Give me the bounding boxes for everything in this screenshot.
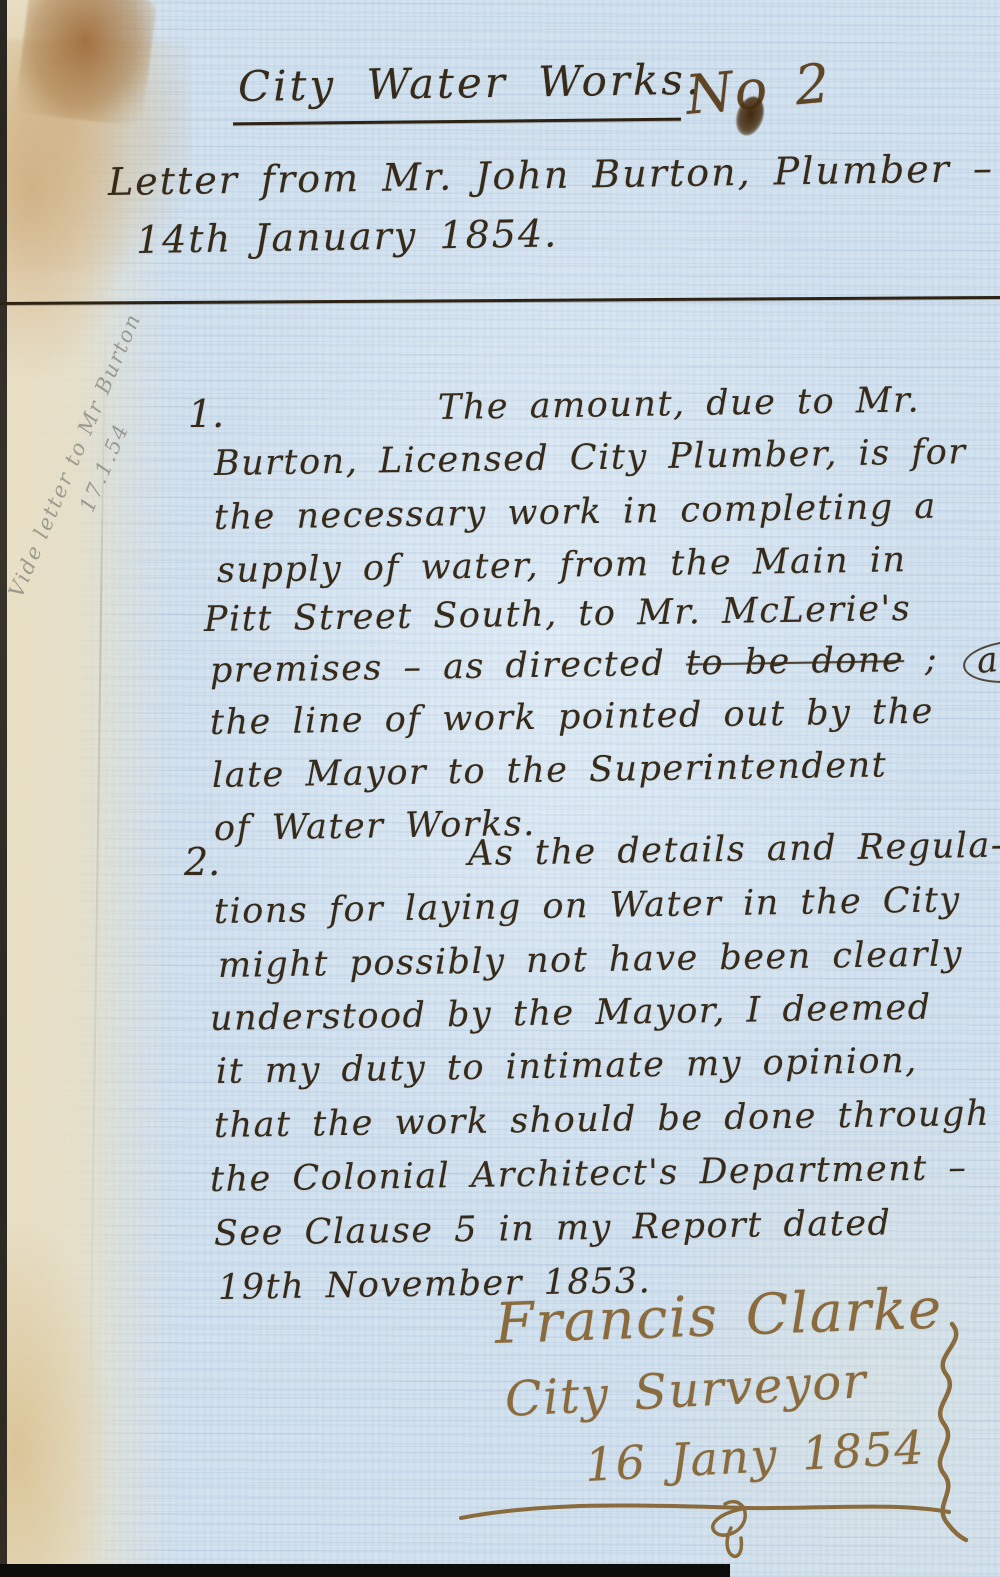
handwritten-line: might possibly not have been clearly	[218, 934, 964, 986]
stain-dark-patch	[15, 0, 158, 127]
handwritten-line-edited: premises – as directed to be done ; and	[210, 638, 1000, 695]
handwritten-line: the line of work pointed out by the	[210, 692, 934, 743]
edit-line-punct: ;	[904, 639, 959, 680]
struck-words: to be done	[686, 640, 905, 683]
document-title: City Water Works.	[238, 55, 703, 111]
edit-line-pre: premises – as directed	[210, 644, 687, 691]
signature-title: City Surveyor	[504, 1353, 869, 1428]
handwritten-line: Pitt Street South, to Mr. McLerie's	[204, 589, 912, 640]
subject-line-1: Letter from Mr. John Burton, Plumber – d…	[108, 144, 1000, 204]
title-underline	[233, 118, 681, 126]
handwritten-line: understood by the Mayor, I deemed	[210, 988, 932, 1039]
subject-line-2: 14th January 1854.	[136, 211, 559, 262]
handwritten-line: tions for laying on Water in the City	[214, 880, 961, 932]
handwritten-line: that the work should be done through	[214, 1094, 991, 1146]
scan-edge-left	[0, 0, 7, 1577]
handwritten-line: Burton, Licensed City Plumber, is for	[214, 432, 967, 484]
circled-word: and	[961, 635, 1000, 686]
handwritten-line: As the details and Regula-	[468, 826, 1000, 874]
handwritten-line: it my duty to intimate my opinion,	[216, 1041, 918, 1092]
handwritten-line: See Clause 5 in my Report dated	[214, 1203, 892, 1254]
handwritten-line: the necessary work in completing a	[214, 487, 937, 538]
paragraph-1-number: 1.	[188, 392, 224, 436]
handwritten-line: supply of water, from the Main in	[217, 540, 907, 591]
document-page: City Water Works. No 2 Letter from Mr. J…	[0, 0, 1000, 1577]
paragraph-2-number: 2.	[184, 840, 220, 884]
handwritten-line: the Colonial Architect's Department –	[210, 1148, 968, 1200]
handwritten-line: late Mayor to the Superintendent	[212, 745, 888, 796]
handwritten-line: The amount, due to Mr.	[438, 380, 921, 428]
signature-underline-flourish	[455, 1478, 955, 1577]
